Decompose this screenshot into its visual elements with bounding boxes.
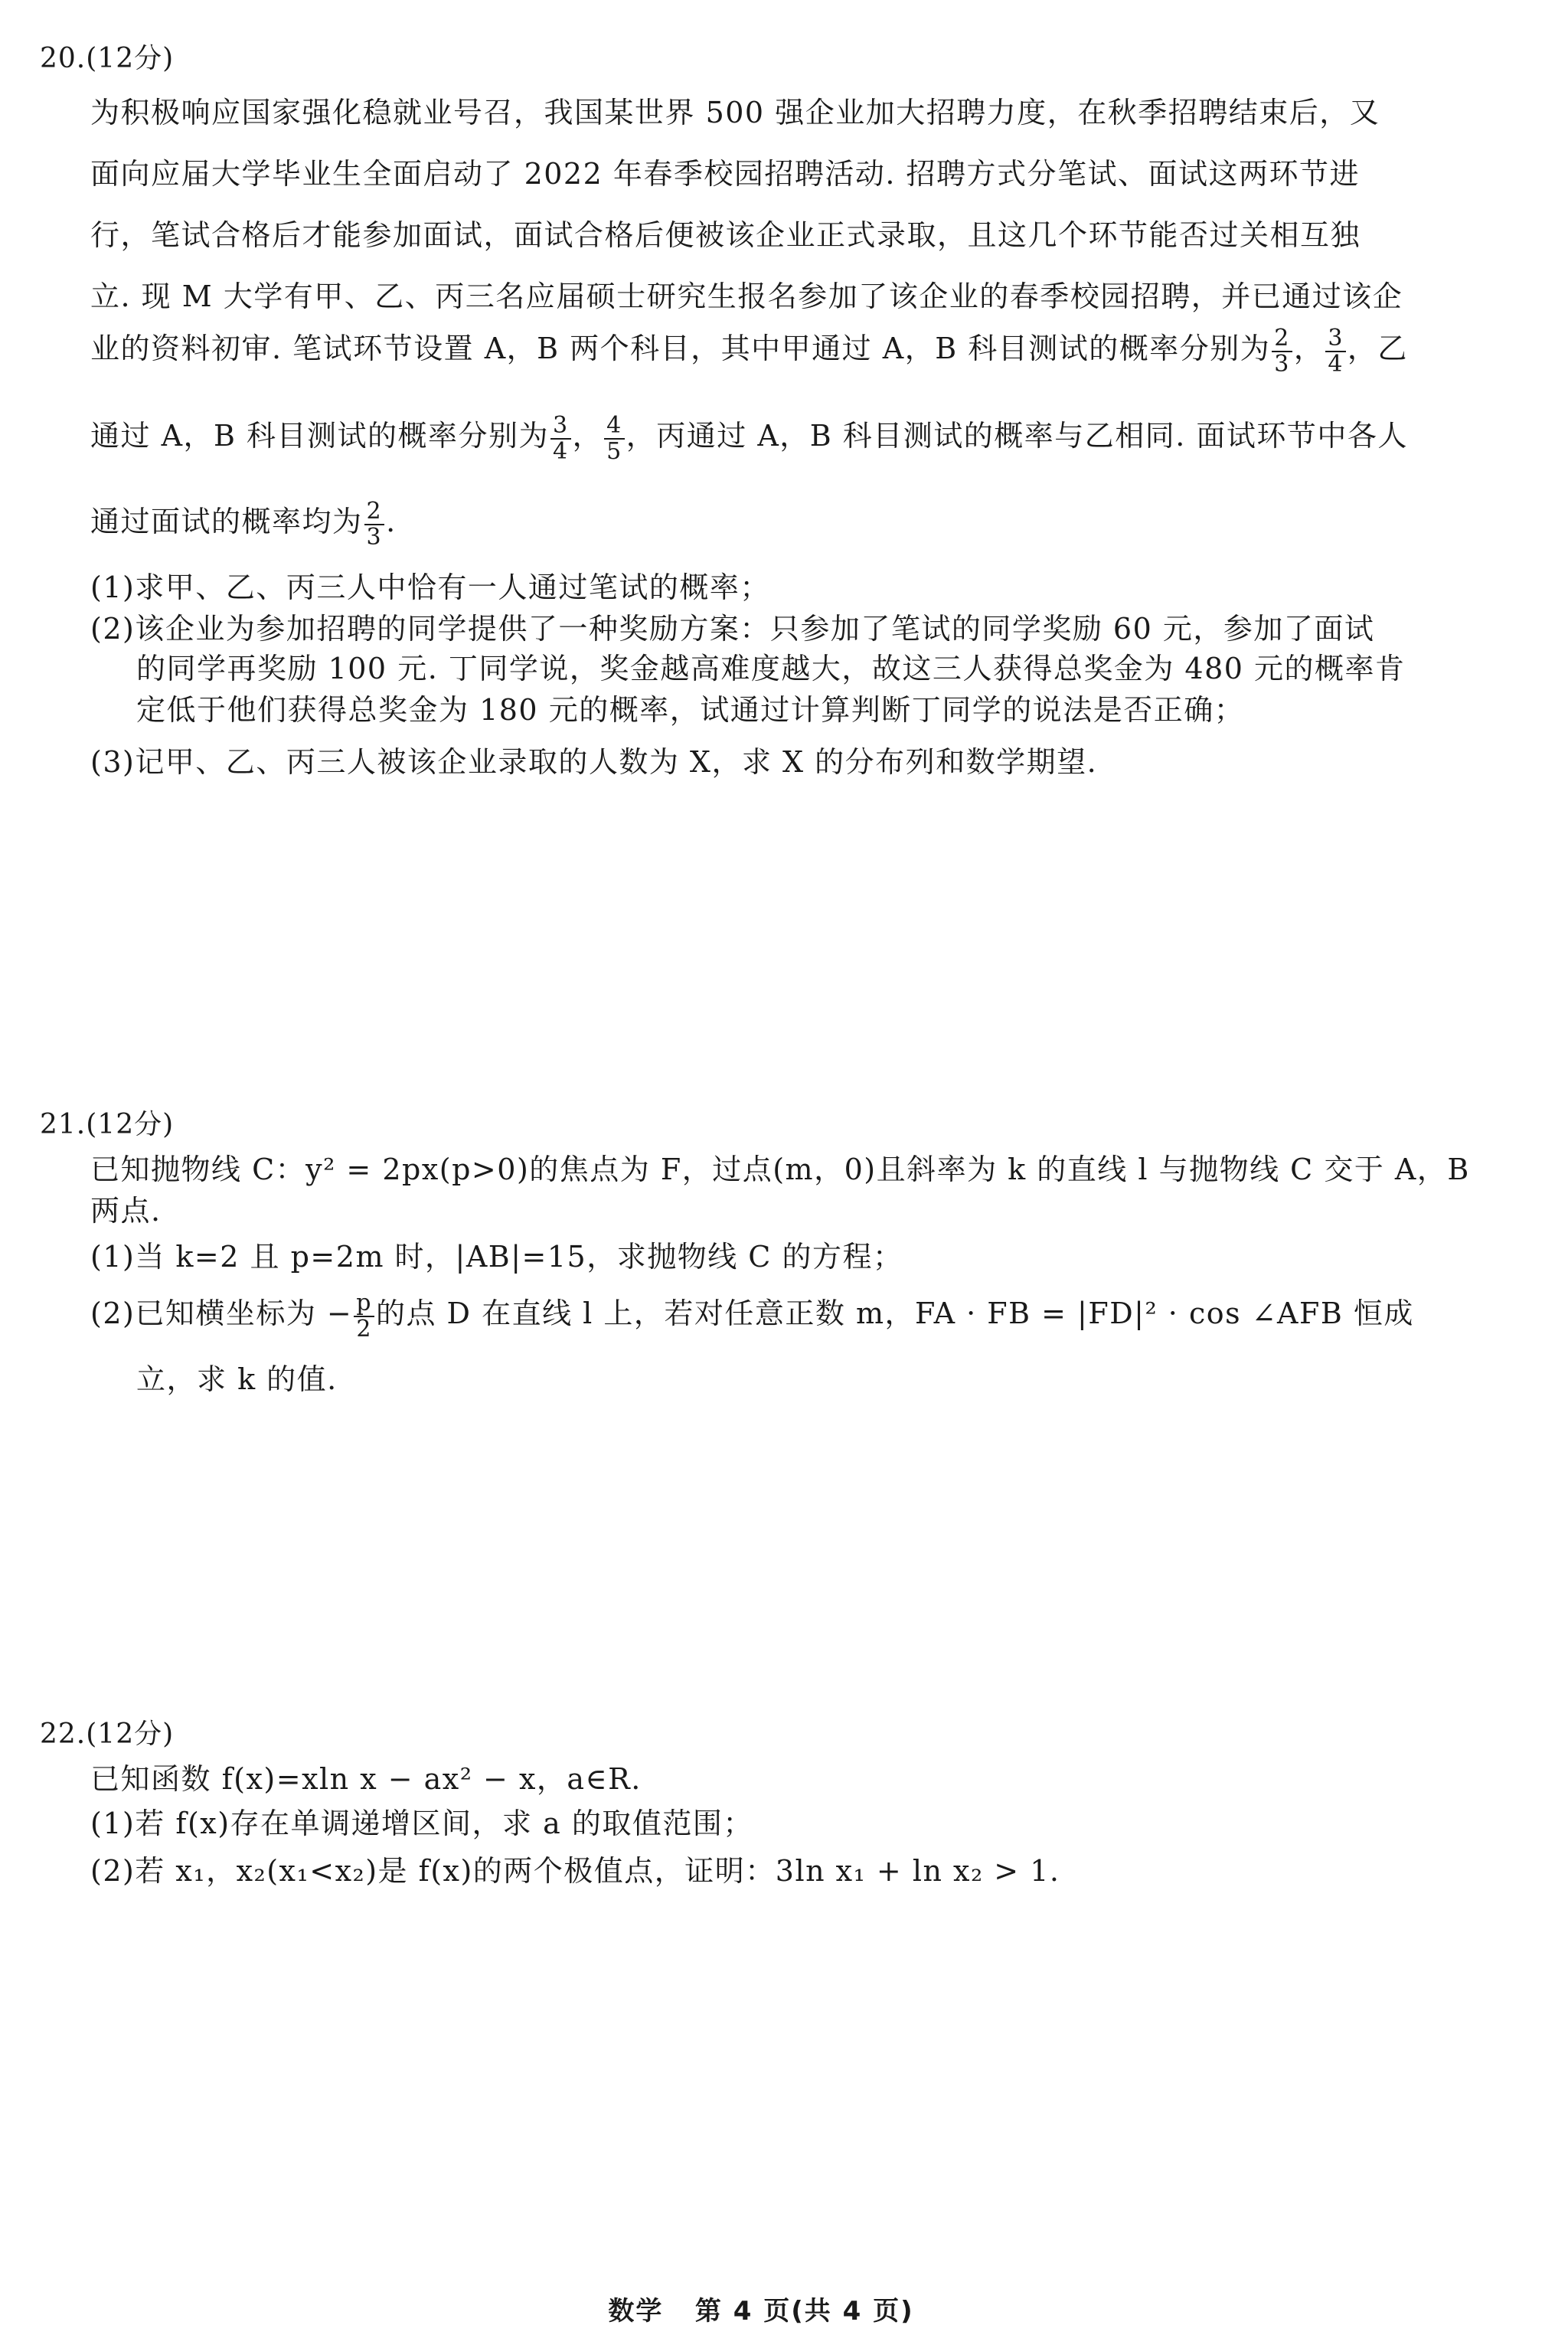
- numerator: 3: [1325, 326, 1346, 352]
- stem-line: 两点.: [90, 1187, 162, 1229]
- stem-text: 通过 A，B 科目测试的概率分别为: [90, 419, 549, 453]
- part-1: (1)若 f(x)存在单调递增区间，求 a 的取值范围；: [90, 1800, 753, 1842]
- fraction: p2: [354, 1291, 374, 1341]
- stem-text: .: [386, 505, 397, 538]
- stem-line: 已知抛物线 C：y² = 2px(p>0)的焦点为 F，过点(m，0)且斜率为 …: [90, 1146, 1470, 1188]
- part-2-continued: 定低于他们获得总奖金为 180 元的概率，试通过计算判断丁同学的说法是否正确；: [136, 686, 1244, 728]
- stem-text: 通过面试的概率均为: [90, 505, 363, 538]
- part-2: (2)该企业为参加招聘的同学提供了一种奖励方案：只参加了笔试的同学奖励 60 元…: [90, 605, 1374, 647]
- stem-line: 为积极响应国家强化稳就业号召，我国某世界 500 强企业加大招聘力度，在秋季招聘…: [90, 89, 1380, 131]
- stem-line: 面向应届大学毕业生全面启动了 2022 年春季校园招聘活动. 招聘方式分笔试、面…: [90, 150, 1360, 192]
- part-2-continued: 的同学再奖励 100 元. 丁同学说，奖金越高难度越大，故这三人获得总奖金为 4…: [136, 645, 1406, 687]
- part-3: (3)记甲、乙、丙三人被该企业录取的人数为 X，求 X 的分布列和数学期望.: [90, 738, 1097, 780]
- stem-text: ，乙: [1347, 332, 1408, 365]
- fraction: 34: [1325, 326, 1346, 376]
- denominator: 4: [550, 440, 571, 464]
- stem-line: 通过面试的概率均为23.: [90, 498, 397, 549]
- fraction: 34: [550, 414, 571, 463]
- numerator: 2: [1272, 326, 1292, 352]
- question-number: 22.(12分): [40, 1712, 174, 1751]
- numerator: 4: [604, 414, 625, 440]
- part-text: 的点 D 在直线 l 上，若对任意正数 m，FA · FB = |FD|² · …: [376, 1297, 1414, 1330]
- stem-text: 业的资料初审. 笔试环节设置 A，B 两个科目，其中甲通过 A，B 科目测试的概…: [90, 332, 1270, 365]
- part-text: (2)已知横坐标为 −: [90, 1297, 352, 1330]
- question-points: (12分): [86, 1109, 174, 1140]
- page-footer: 数学 第 4 页(共 4 页): [0, 2290, 1568, 2327]
- question-points: (12分): [86, 1719, 174, 1750]
- question-points: (12分): [86, 43, 174, 74]
- stem-text: ，丙通过 A，B 科目测试的概率与乙相同. 面试环节中各人: [626, 419, 1408, 453]
- question-number: 20.(12分): [40, 37, 174, 76]
- part-1: (1)当 k=2 且 p=2m 时，|AB|=15，求抛物线 C 的方程；: [90, 1233, 903, 1275]
- footer-page-number: 第 4 页(共 4 页): [695, 2296, 914, 2327]
- part-2: (2)已知横坐标为 −p2的点 D 在直线 l 上，若对任意正数 m，FA · …: [90, 1290, 1414, 1341]
- denominator: 4: [1325, 352, 1346, 377]
- question-number-label: 20.: [40, 43, 86, 74]
- fraction: 23: [1272, 326, 1292, 376]
- stem-line: 业的资料初审. 笔试环节设置 A，B 两个科目，其中甲通过 A，B 科目测试的概…: [90, 325, 1408, 376]
- footer-subject: 数学: [608, 2296, 663, 2327]
- part-2: (2)若 x₁，x₂(x₁<x₂)是 f(x)的两个极值点，证明：3ln x₁ …: [90, 1847, 1060, 1889]
- denominator: 3: [1272, 352, 1292, 377]
- stem-line: 立. 现 M 大学有甲、乙、丙三名应届硕士研究生报名参加了该企业的春季校园招聘，…: [90, 273, 1403, 315]
- numerator: 3: [550, 414, 571, 440]
- question-number-label: 21.: [40, 1109, 86, 1140]
- denominator: 2: [354, 1317, 374, 1342]
- fraction: 45: [604, 414, 625, 463]
- numerator: p: [354, 1291, 374, 1317]
- numerator: 2: [364, 499, 385, 525]
- denominator: 5: [604, 440, 625, 464]
- stem-line: 通过 A，B 科目测试的概率分别为34，45，丙通过 A，B 科目测试的概率与乙…: [90, 412, 1408, 463]
- question-number-label: 22.: [40, 1719, 86, 1750]
- question-number: 21.(12分): [40, 1103, 174, 1142]
- fraction: 23: [364, 499, 385, 549]
- part-1: (1)求甲、乙、丙三人中恰有一人通过笔试的概率；: [90, 564, 770, 606]
- stem-line: 已知函数 f(x)=xln x − ax² − x，a∈R.: [90, 1755, 642, 1797]
- denominator: 3: [364, 525, 385, 550]
- stem-line: 行，笔试合格后才能参加面试，面试合格后便被该企业正式录取，且这几个环节能否过关相…: [90, 211, 1361, 253]
- part-2-continued: 立，求 k 的值.: [136, 1356, 338, 1398]
